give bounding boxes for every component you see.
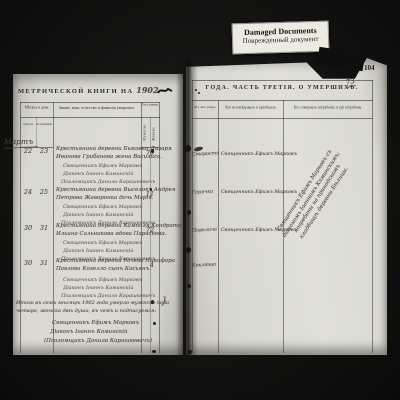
confessor: Священникъ Ефимъ Марковъ [221,190,297,195]
signature-line: Діаконъ Іоаннъ Каминскій [50,329,128,335]
age-value: 72 [141,226,159,234]
ink-mark [188,350,192,354]
column-header-confessed: Кто исповѣдывалъ и пріобщалъ. [223,106,279,110]
death-day: 24 [21,188,35,196]
right-section-header: ГОДА. ЧАСТЬ ТРЕТІЯ, О УМЕРШИХЪ. [202,85,362,91]
burial-day: 31 [37,259,51,267]
burial-day: 25 [37,188,51,196]
ink-mark [153,322,156,325]
table-line [192,80,373,81]
clergy-line: Псаломщикъ Данило Карашкевичъ [61,179,155,185]
ink-mark [186,247,191,253]
clergy-line: Діаконъ Іоаннъ Каминскій [63,248,133,254]
ink-mark [151,149,154,153]
table-line [192,100,373,101]
clergy-line: Священникъ Ефимъ Марковъ [63,163,142,169]
clergy-line: Священникъ Ефимъ Марковъ [63,204,142,210]
column-header-buried: Кто совершалъ погребеніе, и гдѣ погребен… [288,106,367,110]
book-header-text: МЕТРИЧЕСКОЙ КНИГИ НА [18,88,133,95]
ink-mark [150,188,152,191]
column-subheader-burial: погребенія [35,123,53,126]
age-header-line1: Лѣта [141,103,148,106]
signature-line: (Псаломщикъ Данило Карашкевичъ) [44,338,152,344]
summary-line2: четыре, женска двѣ души, въ чемъ и подпи… [16,308,156,314]
ink-mark [187,284,191,288]
cause-of-death: Паралича [192,227,219,233]
register-entry: 22 23 Крестьянина деревни Быковки Лазаря… [13,146,183,186]
right-page-paper [186,58,387,355]
scanned-register-photo: Damaged Documents Поврежденный документ … [0,0,400,400]
column-subheader-death: смерти [19,123,37,126]
column-header-age: Лѣта умерш. [140,104,160,107]
summary-line1: Итого въ семъ мѣсяцѣ 1902 года умерло му… [16,300,169,306]
age-subheader-male: Мужеска [143,124,147,141]
cause-of-death: Старости [192,151,219,157]
register-entry: 30 31 Крестьянина деревни Камполя Кондра… [13,223,183,259]
age-value: 70 [141,149,159,157]
left-book-header: МЕТРИЧЕСКОЙ КНИГИ НА 1902 [18,85,148,95]
damaged-documents-slip: Damaged Documents Поврежденный документ [232,21,330,55]
burial-day: 23 [37,147,51,155]
deceased-line1: Крестьянина деревни Камполя Кондрата [56,223,181,229]
table-line [192,80,193,353]
age-value: 4 [143,261,161,269]
ink-mark [151,300,154,304]
confessor: Священникъ Ефимъ Марковъ [221,152,297,157]
cause-of-death: Коклюша [192,262,219,268]
column-header-name: Званіе, имя, отчество и фамилія умершаго… [55,106,139,110]
deceased-line2: Петрова Жаворонка дочь Марія. [56,195,154,201]
age-subheader-female: Женска [152,124,156,141]
clergy-line: Священникъ Ефимъ Марковъ [63,240,142,246]
age-header-line2: умерш. [149,103,159,106]
age-value: 11 [141,190,159,198]
ink-mark [185,145,191,152]
register-entry-right: Горячки Священникъ Ефимъ Марковъ [187,188,386,202]
clergy-line: Діаконъ Іоаннъ Каминскій [63,285,133,291]
burial-day: 31 [37,224,51,232]
register-entry: 30 31 Крестьянина деревни Рачева Никифор… [13,258,183,300]
table-line [20,117,160,118]
column-header-cause: Отъ чего умеръ. [190,106,220,109]
clergy-line: Діаконъ Іоаннъ Каминскій [63,212,133,218]
ink-mark [152,350,156,353]
clergy-line: Священникъ Ефимъ Марковъ [63,277,142,283]
printed-page-number: 104 [364,64,375,72]
death-day: 30 [21,224,35,232]
death-day: 22 [21,147,35,155]
clergy-line: Діаконъ Іоаннъ Каминскій [63,171,133,177]
clergy-line: Псаломщикъ Данило Карашкевичъ [61,293,155,299]
death-day: 30 [21,259,35,267]
summary-brace: } [161,296,168,307]
ink-mark [198,92,200,94]
flourish-icon [157,86,173,95]
column-header-month-day: Мѣсяцъ и день. [18,106,55,110]
ink-mark [187,210,191,215]
register-entry: 24 25 Крестьянина деревни Выселокъ Андре… [13,187,183,225]
deceased-line2: Павлова Козелло сынъ Касьянъ. [56,266,151,272]
ink-mark [195,89,197,91]
month-label: Мартъ [4,137,33,146]
table-line [192,118,373,119]
signature-line: Священникъ Ефимъ Марковъ [52,320,139,326]
table-line [36,117,37,147]
table-line [372,80,373,353]
book-header-year: 1902 [136,85,158,95]
cause-of-death: Горячки [192,189,219,195]
slip-subtitle: Поврежденный документ [233,35,328,47]
table-line [20,102,160,103]
